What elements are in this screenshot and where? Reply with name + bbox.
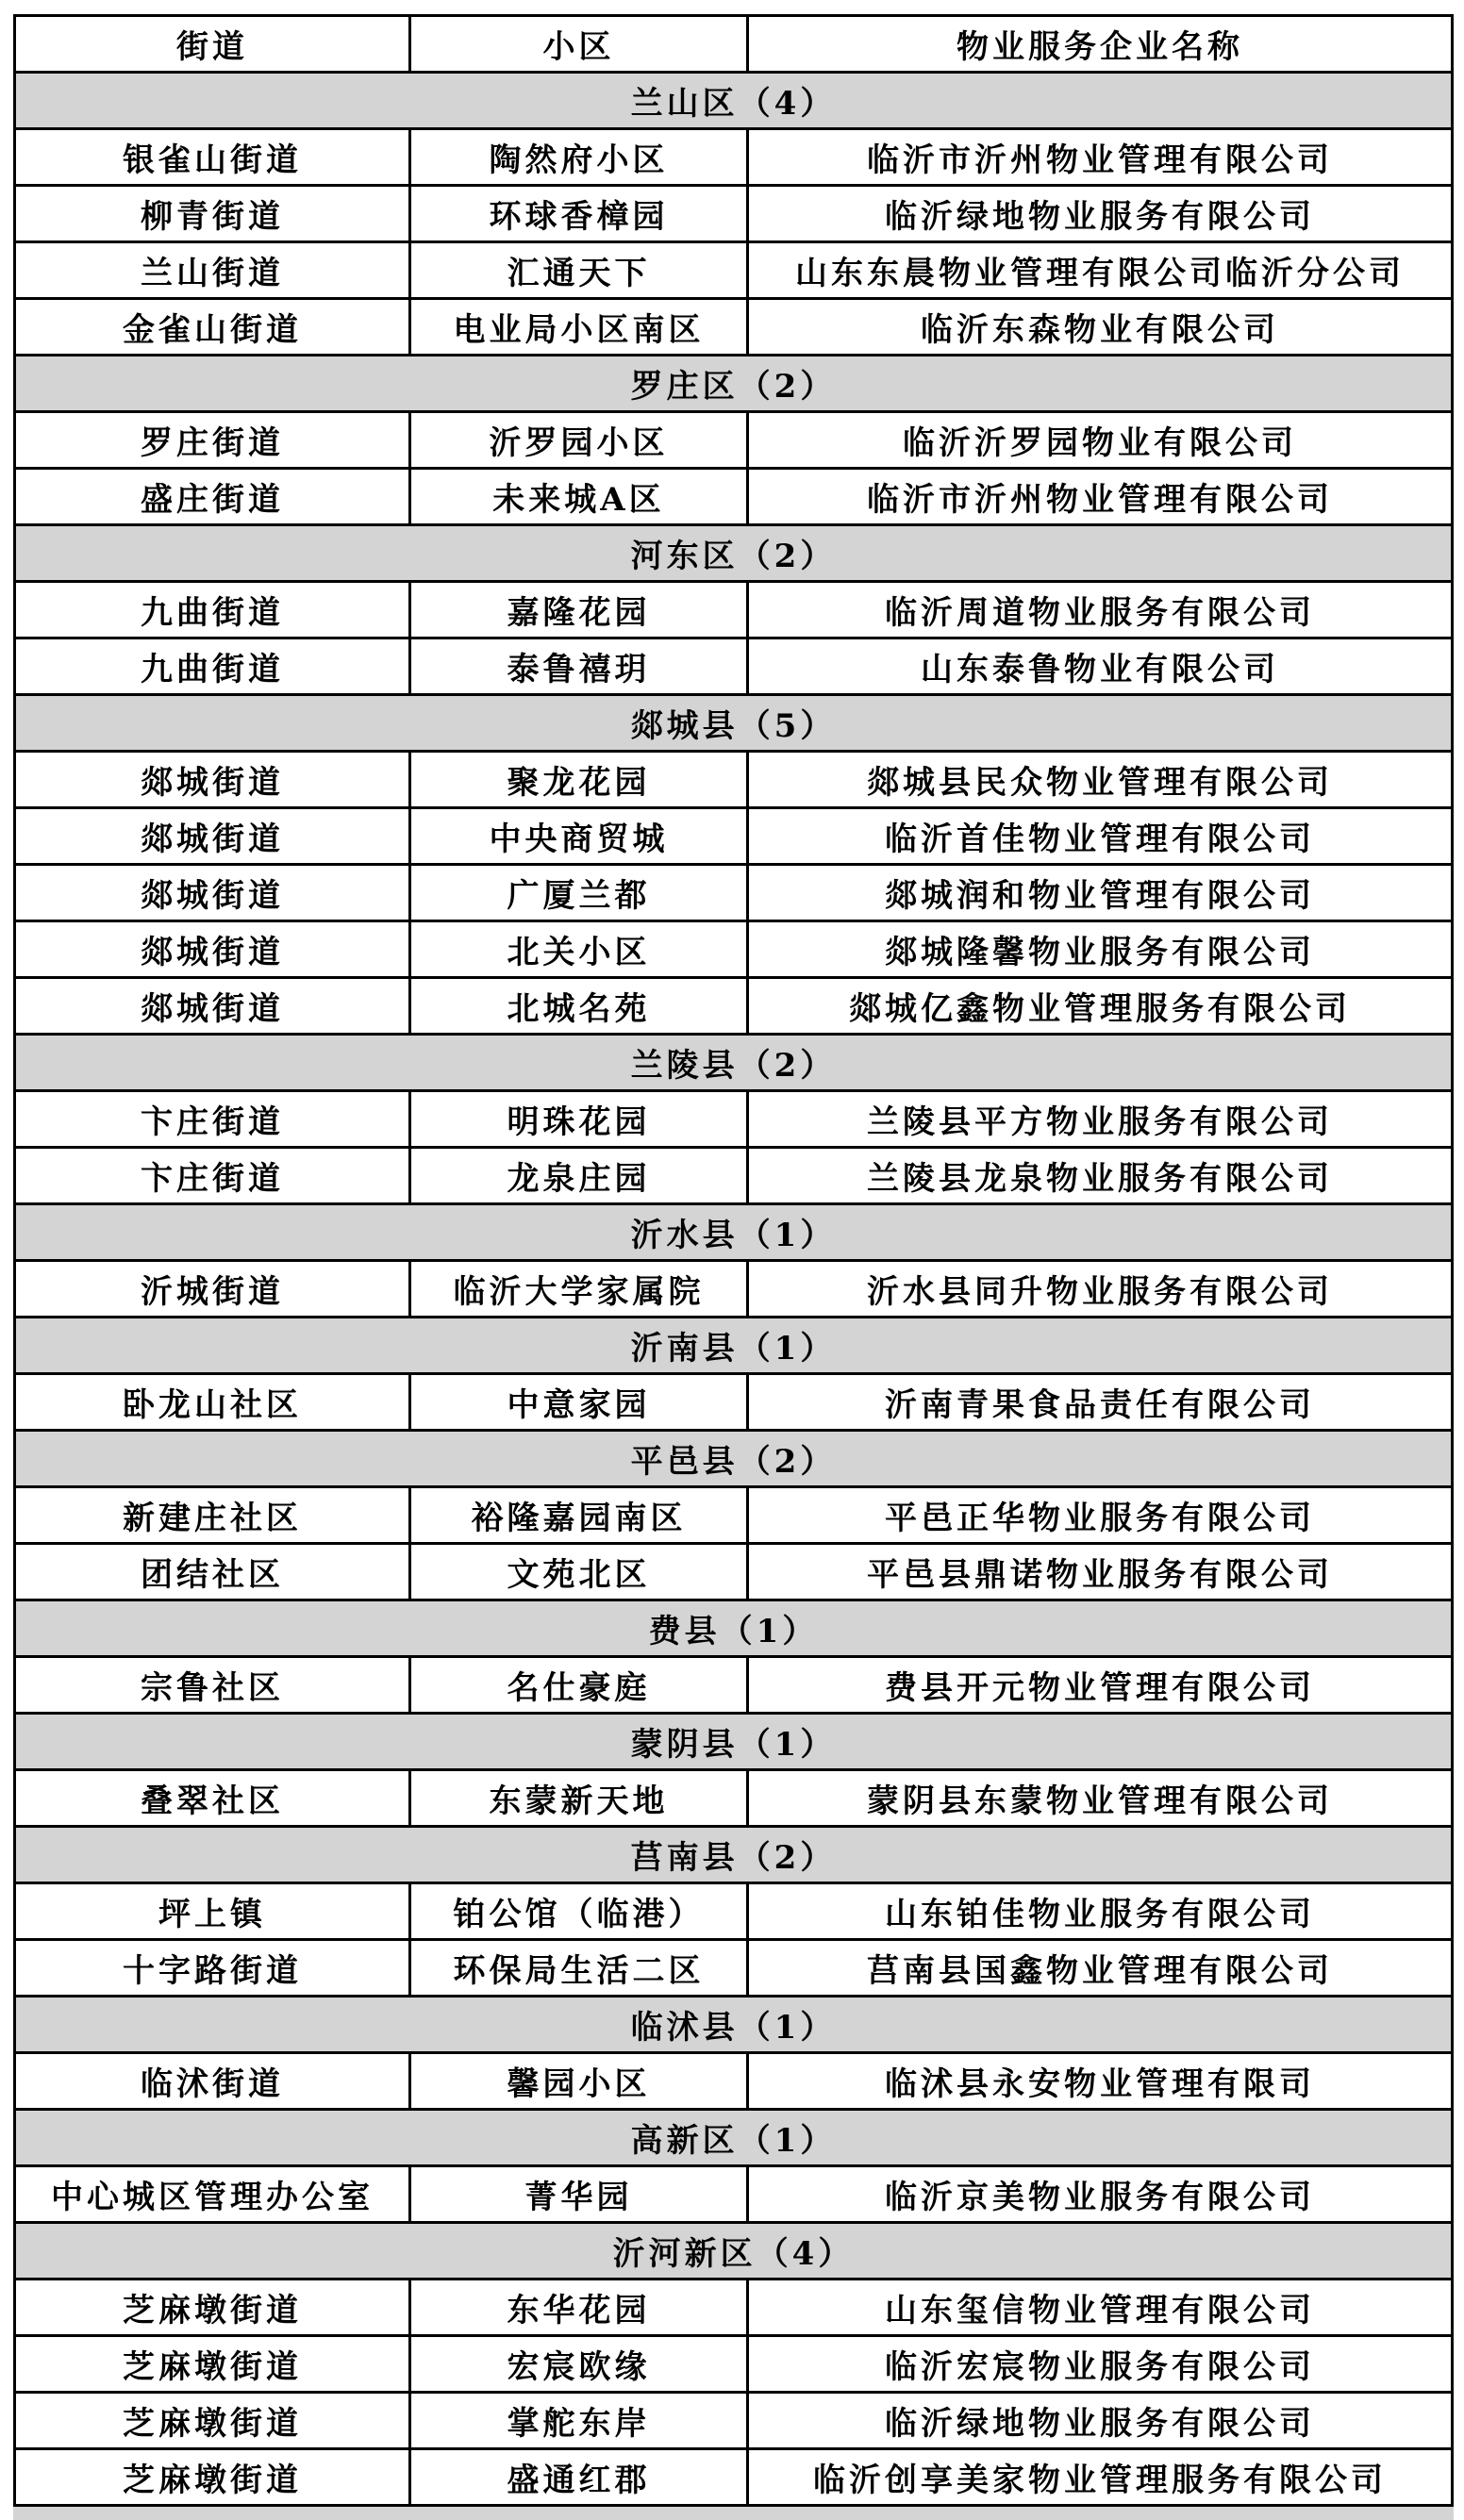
street-cell: 芝麻墩街道	[16, 2450, 411, 2504]
street-cell: 团结社区	[16, 1545, 411, 1599]
street-cell: 叠翠社区	[16, 1771, 411, 1825]
company-cell: 平邑县鼎诺物业服务有限公司	[749, 1545, 1451, 1599]
column-header-community: 小区	[411, 17, 749, 71]
table-row: 郯城街道广厦兰都郯城润和物业管理有限公司	[16, 866, 1451, 922]
community-cell: 龙泉庄园	[411, 1149, 749, 1202]
company-cell: 临沂首佳物业管理有限公司	[749, 809, 1451, 863]
community-cell: 裕隆嘉园南区	[411, 1488, 749, 1542]
community-cell: 中意家园	[411, 1375, 749, 1429]
table-row: 金雀山街道电业局小区南区临沂东森物业有限公司	[16, 300, 1451, 356]
community-cell: 嘉隆花园	[411, 583, 749, 637]
bottom-cutoff-section-band	[13, 2507, 1454, 2520]
table-row: 沂城街道临沂大学家属院沂水县同升物业服务有限公司	[16, 1262, 1451, 1318]
company-cell: 临沂京美物业服务有限公司	[749, 2167, 1451, 2221]
section-header-row: 沂水县（1）	[16, 1205, 1451, 1262]
section-header-label: 高新区（1）	[631, 2114, 837, 2161]
street-cell: 郯城街道	[16, 753, 411, 806]
table-row: 罗庄街道沂罗园小区临沂沂罗园物业有限公司	[16, 413, 1451, 470]
street-cell: 芝麻墩街道	[16, 2280, 411, 2334]
street-cell: 郯城街道	[16, 866, 411, 920]
table-row: 卞庄街道龙泉庄园兰陵县龙泉物业服务有限公司	[16, 1149, 1451, 1205]
community-cell: 沂罗园小区	[411, 413, 749, 467]
table-row: 柳青街道环球香樟园临沂绿地物业服务有限公司	[16, 187, 1451, 243]
community-cell: 环保局生活二区	[411, 1941, 749, 1995]
table-row: 卞庄街道明珠花园兰陵县平方物业服务有限公司	[16, 1092, 1451, 1149]
section-header-row: 郯城县（5）	[16, 696, 1451, 753]
community-cell: 临沂大学家属院	[411, 1262, 749, 1316]
community-cell: 铂公馆（临港）	[411, 1884, 749, 1938]
table-row: 中心城区管理办公室菁华园临沂京美物业服务有限公司	[16, 2167, 1451, 2224]
table-body: 兰山区（4）银雀山街道陶然府小区临沂市沂州物业管理有限公司柳青街道环球香樟园临沂…	[16, 74, 1451, 2507]
table-row: 盛庄街道未来城A区临沂市沂州物业管理有限公司	[16, 470, 1451, 526]
table-row: 郯城街道北城名苑郯城亿鑫物业管理服务有限公司	[16, 979, 1451, 1036]
table-row: 芝麻墩街道掌舵东岸临沂绿地物业服务有限公司	[16, 2394, 1451, 2450]
company-cell: 临沂市沂州物业管理有限公司	[749, 470, 1451, 523]
section-header-label: 费县（1）	[649, 1605, 819, 1651]
section-header-label: 罗庄区（2）	[631, 360, 837, 406]
table-row: 九曲街道嘉隆花园临沂周道物业服务有限公司	[16, 583, 1451, 639]
street-cell: 卧龙山社区	[16, 1375, 411, 1429]
property-service-table: 街道 小区 物业服务企业名称 兰山区（4）银雀山街道陶然府小区临沂市沂州物业管理…	[13, 14, 1454, 2507]
street-cell: 郯城街道	[16, 809, 411, 863]
section-header-label: 莒南县（2）	[631, 1832, 837, 1878]
company-cell: 沂南青果食品责任有限公司	[749, 1375, 1451, 1429]
community-cell: 宏宸欧缘	[411, 2337, 749, 2391]
section-header-row: 罗庄区（2）	[16, 356, 1451, 413]
community-cell: 馨园小区	[411, 2054, 749, 2108]
column-header-company: 物业服务企业名称	[749, 17, 1451, 71]
street-cell: 芝麻墩街道	[16, 2337, 411, 2391]
community-cell: 聚龙花园	[411, 753, 749, 806]
company-cell: 临沂绿地物业服务有限公司	[749, 187, 1451, 240]
street-cell: 罗庄街道	[16, 413, 411, 467]
community-cell: 泰鲁禧玥	[411, 639, 749, 693]
company-cell: 临沂宏宸物业服务有限公司	[749, 2337, 1451, 2391]
table-row: 郯城街道聚龙花园郯城县民众物业管理有限公司	[16, 753, 1451, 809]
table-row: 九曲街道泰鲁禧玥山东泰鲁物业有限公司	[16, 639, 1451, 696]
table-row: 郯城街道中央商贸城临沂首佳物业管理有限公司	[16, 809, 1451, 866]
community-cell: 陶然府小区	[411, 130, 749, 184]
company-cell: 山东泰鲁物业有限公司	[749, 639, 1451, 693]
street-cell: 金雀山街道	[16, 300, 411, 354]
company-cell: 临沂创享美家物业管理服务有限公司	[749, 2450, 1451, 2504]
company-cell: 郯城隆馨物业服务有限公司	[749, 922, 1451, 976]
company-cell: 临沂市沂州物业管理有限公司	[749, 130, 1451, 184]
section-header-label: 沂南县（1）	[631, 1322, 837, 1368]
section-header-row: 兰山区（4）	[16, 74, 1451, 130]
column-header-street: 街道	[16, 17, 411, 71]
street-cell: 柳青街道	[16, 187, 411, 240]
company-cell: 蒙阴县东蒙物业管理有限公司	[749, 1771, 1451, 1825]
street-cell: 沂城街道	[16, 1262, 411, 1316]
table-row: 团结社区文苑北区平邑县鼎诺物业服务有限公司	[16, 1545, 1451, 1601]
section-header-row: 临沭县（1）	[16, 1998, 1451, 2054]
section-header-row: 兰陵县（2）	[16, 1036, 1451, 1092]
street-cell: 九曲街道	[16, 639, 411, 693]
community-cell: 明珠花园	[411, 1092, 749, 1146]
community-cell: 掌舵东岸	[411, 2394, 749, 2447]
community-cell: 名仕豪庭	[411, 1658, 749, 1712]
company-cell: 临沂周道物业服务有限公司	[749, 583, 1451, 637]
section-header-row: 沂南县（1）	[16, 1318, 1451, 1375]
company-cell: 兰陵县平方物业服务有限公司	[749, 1092, 1451, 1146]
street-cell: 九曲街道	[16, 583, 411, 637]
section-header-row: 平邑县（2）	[16, 1432, 1451, 1488]
table-row: 芝麻墩街道盛通红郡临沂创享美家物业管理服务有限公司	[16, 2450, 1451, 2507]
section-header-label: 蒙阴县（1）	[631, 1718, 837, 1765]
community-cell: 文苑北区	[411, 1545, 749, 1599]
table-row: 坪上镇铂公馆（临港）山东铂佳物业服务有限公司	[16, 1884, 1451, 1941]
community-cell: 盛通红郡	[411, 2450, 749, 2504]
section-header-label: 河东区（2）	[631, 530, 837, 576]
section-header-label: 平邑县（2）	[631, 1435, 837, 1482]
company-cell: 兰陵县龙泉物业服务有限公司	[749, 1149, 1451, 1202]
section-header-row: 沂河新区（4）	[16, 2224, 1451, 2280]
company-cell: 临沭县永安物业管理有限司	[749, 2054, 1451, 2108]
street-cell: 郯城街道	[16, 922, 411, 976]
company-cell: 郯城润和物业管理有限公司	[749, 866, 1451, 920]
table-row: 十字路街道环保局生活二区莒南县国鑫物业管理有限公司	[16, 1941, 1451, 1998]
section-header-label: 郯城县（5）	[631, 700, 837, 746]
company-cell: 沂水县同升物业服务有限公司	[749, 1262, 1451, 1316]
community-cell: 北关小区	[411, 922, 749, 976]
section-header-row: 河东区（2）	[16, 526, 1451, 583]
street-cell: 中心城区管理办公室	[16, 2167, 411, 2221]
section-header-row: 莒南县（2）	[16, 1828, 1451, 1884]
street-cell: 卞庄街道	[16, 1149, 411, 1202]
community-cell: 东蒙新天地	[411, 1771, 749, 1825]
company-cell: 郯城亿鑫物业管理服务有限公司	[749, 979, 1451, 1033]
street-cell: 盛庄街道	[16, 470, 411, 523]
section-header-label: 兰陵县（2）	[631, 1039, 837, 1086]
company-cell: 平邑正华物业服务有限公司	[749, 1488, 1451, 1542]
table-row: 芝麻墩街道宏宸欧缘临沂宏宸物业服务有限公司	[16, 2337, 1451, 2394]
section-header-label: 沂水县（1）	[631, 1209, 837, 1255]
community-cell: 电业局小区南区	[411, 300, 749, 354]
table-row: 宗鲁社区名仕豪庭费县开元物业管理有限公司	[16, 1658, 1451, 1715]
table-row: 银雀山街道陶然府小区临沂市沂州物业管理有限公司	[16, 130, 1451, 187]
section-header-row: 费县（1）	[16, 1601, 1451, 1658]
company-cell: 临沂绿地物业服务有限公司	[749, 2394, 1451, 2447]
table-row: 临沭街道馨园小区临沭县永安物业管理有限司	[16, 2054, 1451, 2111]
table-row: 郯城街道北关小区郯城隆馨物业服务有限公司	[16, 922, 1451, 979]
table-row: 卧龙山社区中意家园沂南青果食品责任有限公司	[16, 1375, 1451, 1432]
company-cell: 临沂沂罗园物业有限公司	[749, 413, 1451, 467]
community-cell: 中央商贸城	[411, 809, 749, 863]
company-cell: 莒南县国鑫物业管理有限公司	[749, 1941, 1451, 1995]
street-cell: 新建庄社区	[16, 1488, 411, 1542]
company-cell: 山东铂佳物业服务有限公司	[749, 1884, 1451, 1938]
company-cell: 费县开元物业管理有限公司	[749, 1658, 1451, 1712]
table-row: 叠翠社区东蒙新天地蒙阴县东蒙物业管理有限公司	[16, 1771, 1451, 1828]
street-cell: 银雀山街道	[16, 130, 411, 184]
table-header-row: 街道 小区 物业服务企业名称	[16, 17, 1451, 74]
table-row: 兰山街道汇通天下山东东晨物业管理有限公司临沂分公司	[16, 243, 1451, 300]
company-cell: 郯城县民众物业管理有限公司	[749, 753, 1451, 806]
street-cell: 宗鲁社区	[16, 1658, 411, 1712]
section-header-row: 高新区（1）	[16, 2111, 1451, 2167]
community-cell: 菁华园	[411, 2167, 749, 2221]
street-cell: 坪上镇	[16, 1884, 411, 1938]
company-cell: 山东玺信物业管理有限公司	[749, 2280, 1451, 2334]
street-cell: 卞庄街道	[16, 1092, 411, 1146]
section-header-label: 沂河新区（4）	[613, 2228, 855, 2274]
street-cell: 芝麻墩街道	[16, 2394, 411, 2447]
street-cell: 临沭街道	[16, 2054, 411, 2108]
section-header-label: 临沭县（1）	[631, 2001, 837, 2047]
company-cell: 山东东晨物业管理有限公司临沂分公司	[749, 243, 1451, 297]
community-cell: 汇通天下	[411, 243, 749, 297]
community-cell: 未来城A区	[411, 470, 749, 523]
company-cell: 临沂东森物业有限公司	[749, 300, 1451, 354]
section-header-row: 蒙阴县（1）	[16, 1715, 1451, 1771]
table-row: 新建庄社区裕隆嘉园南区平邑正华物业服务有限公司	[16, 1488, 1451, 1545]
community-cell: 广厦兰都	[411, 866, 749, 920]
community-cell: 环球香樟园	[411, 187, 749, 240]
community-cell: 东华花园	[411, 2280, 749, 2334]
section-header-label: 兰山区（4）	[631, 77, 837, 124]
street-cell: 兰山街道	[16, 243, 411, 297]
street-cell: 十字路街道	[16, 1941, 411, 1995]
community-cell: 北城名苑	[411, 979, 749, 1033]
street-cell: 郯城街道	[16, 979, 411, 1033]
table-row: 芝麻墩街道东华花园山东玺信物业管理有限公司	[16, 2280, 1451, 2337]
